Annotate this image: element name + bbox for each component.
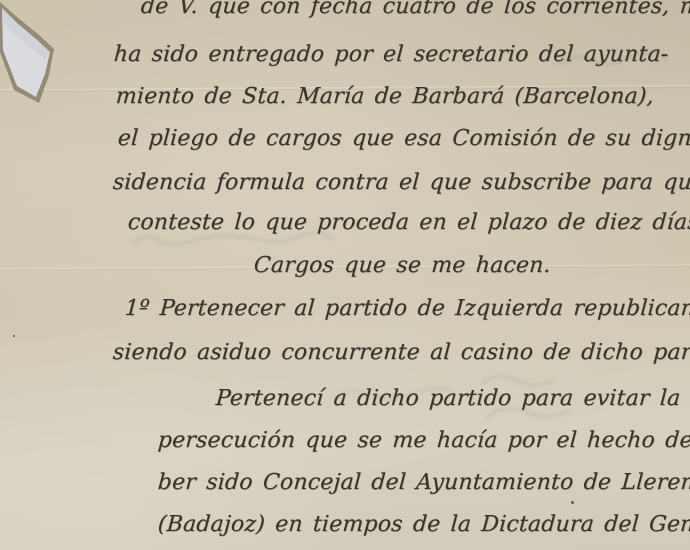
handwritten-line: el pliego de cargos que esa Comisión de … [117,126,690,151]
handwritten-line: ber sido Concejal del Ayuntamiento de Ll… [157,470,690,495]
handwritten-text-block: de V. que con fecha cuatro de los corrie… [0,0,690,550]
handwritten-line: Cargos que se me hacen. [253,253,552,278]
handwritten-line: conteste lo que proceda en el plazo de d… [127,210,690,235]
handwritten-line: persecución que se me hacía por el hecho… [157,428,690,453]
manuscript-page: de V. que con fecha cuatro de los corrie… [0,0,690,550]
handwritten-line: ha sido entregado por el secretario del … [113,42,669,67]
handwritten-line: siendo asiduo concurrente al casino de d… [112,340,690,365]
handwritten-line: Pertenecí a dicho partido para evitar la [215,386,681,411]
handwritten-line: sidencia formula contra el que subscribe… [112,170,690,195]
handwritten-line: de V. que con fecha cuatro de los corrie… [140,0,690,19]
handwritten-line: miento de Sta. María de Barbará (Barcelo… [115,84,655,109]
handwritten-line: 1º Pertenecer al partido de Izquierda re… [124,296,690,321]
handwritten-line: (Badajoz) en tiempos de la Dictadura del… [157,512,690,537]
